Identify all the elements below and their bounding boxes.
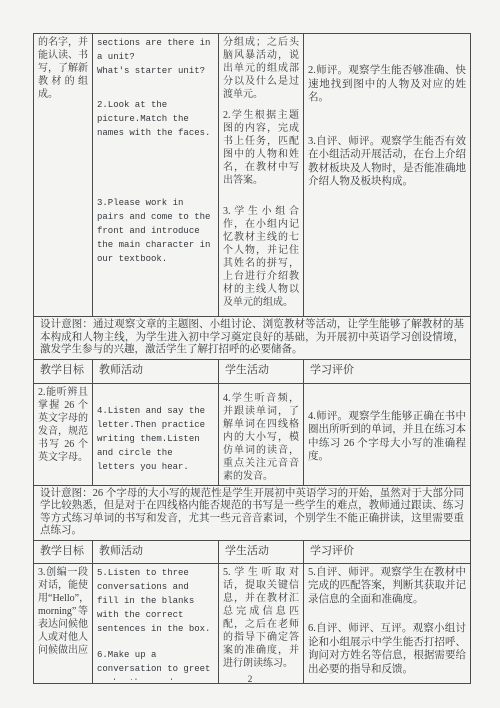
cell-learning-evaluation: 5.自评、师评。观察学生在教材中完成的匹配答案，判断其获取并记录信息的全面和准确… xyxy=(304,563,471,683)
student-paragraph: 分组成；之后头脑风暴活动，说出单元的组成部分以及什么是过渡单元。 xyxy=(223,36,299,101)
teacher-paragraph: 5.Listen to three conversations and fill… xyxy=(97,566,214,636)
cell-student-activity: 分组成；之后头脑风暴活动，说出单元的组成部分以及什么是过渡单元。 2.学生根据主… xyxy=(219,34,304,317)
cell-student-activity: 5.学生听取对话，提取关键信息，并在教材汇总完成信息匹配，之后在老师的指导下确定… xyxy=(219,563,304,683)
teacher-paragraph: sections are there in a unit? xyxy=(97,36,214,64)
design-intent-text: 设计意图：通过观察文章的主题图、小组讨论、浏览教材等活动，让学生能够了解教材的基… xyxy=(40,319,464,357)
evaluation-paragraph: 2.师评。观察学生能否够准确、快速地找到图中的人物及对应的姓名。 xyxy=(308,64,466,105)
header-student-activity: 学生活动 xyxy=(219,540,304,563)
student-paragraph: 2.学生根据主题图的内容，完成书上任务，匹配图中的人物和姓名，在教材中写出答案。 xyxy=(223,109,299,187)
teacher-paragraph: 2.Look at the picture.Match the names wi… xyxy=(97,98,214,140)
document-page: 的名字，并能认读、书写，了解新教材的组成。 sections are there… xyxy=(0,0,500,708)
student-paragraph: 4.学生听音频，并跟读单词，了解单词在四线格内的大小写，模仿单词的读音，重点关注… xyxy=(223,392,299,483)
goal-paragraph: 3.创编一段对话，能使用“Hello”，“Hi”或“Good morning”等… xyxy=(38,566,88,657)
content-row-greetings: 3.创编一段对话，能使用“Hello”，“Hi”或“Good morning”等… xyxy=(34,563,471,683)
header-teacher-activity: 教师活动 xyxy=(93,359,219,383)
cell-teacher-activity: 5.Listen to three conversations and fill… xyxy=(93,563,219,683)
teacher-paragraph: 4.Listen and say the letter.Then practic… xyxy=(97,404,214,474)
cell-teacher-activity: sections are there in a unit? What's sta… xyxy=(93,34,219,317)
evaluation-paragraph: 4.师评。观察学生能够正确在书中圈出所听到的单词，并且在练习本中练习 26 个字… xyxy=(308,410,466,464)
goal-paragraph: 2.能听辨且掌握 26 个英文字母的发音，规范书写 26 个英文字母。 xyxy=(38,386,88,464)
header-learning-evaluation: 学习评价 xyxy=(304,359,471,383)
page-number: 2 xyxy=(0,675,500,685)
cell-design-intent: 设计意图：通过观察文章的主题图、小组讨论、浏览教材等活动，让学生能够了解教材的基… xyxy=(34,317,471,360)
student-paragraph: 5.学生听取对话，提取关键信息，并在教材汇总完成信息匹配，之后在老师的指导下确定… xyxy=(223,566,299,670)
design-intent-row: 设计意图：通过观察文章的主题图、小组讨论、浏览教材等活动，让学生能够了解教材的基… xyxy=(34,317,471,360)
cell-learning-evaluation: 2.师评。观察学生能否够准确、快速地找到图中的人物及对应的姓名。 3.自评、师评… xyxy=(304,34,471,317)
evaluation-paragraph: 3.自评、师评。观察学生能否有效在小组活动开展活动，在台上介绍教材板块及人物时，… xyxy=(308,135,466,189)
evaluation-paragraph: 5.自评、师评。观察学生在教材中完成的匹配答案，判断其获取并记录信息的全面和准确… xyxy=(308,566,466,607)
evaluation-paragraph: 6.自评、师评、互评。观察小组讨论和小组展示中学生能否打招呼、询问对方姓名等信息… xyxy=(308,622,466,676)
lesson-plan-table: 的名字，并能认读、书写，了解新教材的组成。 sections are there… xyxy=(33,33,471,684)
header-teaching-goal: 教学目标 xyxy=(34,540,93,563)
table-header-row: 教学目标 教师活动 学生活动 学习评价 xyxy=(34,540,471,563)
content-row-letters: 2.能听辨且掌握 26 个英文字母的发音，规范书写 26 个英文字母。 4.Li… xyxy=(34,383,471,485)
header-teacher-activity: 教师活动 xyxy=(93,540,219,563)
cell-teaching-goal: 2.能听辨且掌握 26 个英文字母的发音，规范书写 26 个英文字母。 xyxy=(34,383,93,485)
header-teaching-goal: 教学目标 xyxy=(34,359,93,383)
cell-teaching-goal: 的名字，并能认读、书写，了解新教材的组成。 xyxy=(34,34,93,317)
header-student-activity: 学生活动 xyxy=(219,359,304,383)
cell-teacher-activity: 4.Listen and say the letter.Then practic… xyxy=(93,383,219,485)
goal-paragraph: 的名字，并能认读、书写，了解新教材的组成。 xyxy=(38,36,88,101)
content-row-unit-intro: 的名字，并能认读、书写，了解新教材的组成。 sections are there… xyxy=(34,34,471,317)
cell-student-activity: 4.学生听音频，并跟读单词，了解单词在四线格内的大小写，模仿单词的读音，重点关注… xyxy=(219,383,304,485)
cell-learning-evaluation: 4.师评。观察学生能够正确在书中圈出所听到的单词，并且在练习本中练习 26 个字… xyxy=(304,383,471,485)
table-header-row: 教学目标 教师活动 学生活动 学习评价 xyxy=(34,359,471,383)
design-intent-text: 设计意图：26 个字母的大小写的规范性是学生开展初中英语学习的开始，虽然对于大部… xyxy=(40,488,464,538)
teacher-paragraph: 3.Please work in pairs and come to the f… xyxy=(97,196,214,266)
cell-design-intent: 设计意图：26 个字母的大小写的规范性是学生开展初中英语学习的开始，虽然对于大部… xyxy=(34,485,471,540)
student-paragraph: 3.学生小组合作，在小组内记忆教材主线的七个人物，并记住其姓名的拼写，上台进行介… xyxy=(223,205,299,309)
teacher-paragraph: What's starter unit? xyxy=(97,64,214,78)
cell-teaching-goal: 3.创编一段对话，能使用“Hello”，“Hi”或“Good morning”等… xyxy=(34,563,93,683)
design-intent-row: 设计意图：26 个字母的大小写的规范性是学生开展初中英语学习的开始，虽然对于大部… xyxy=(34,485,471,540)
header-learning-evaluation: 学习评价 xyxy=(304,540,471,563)
